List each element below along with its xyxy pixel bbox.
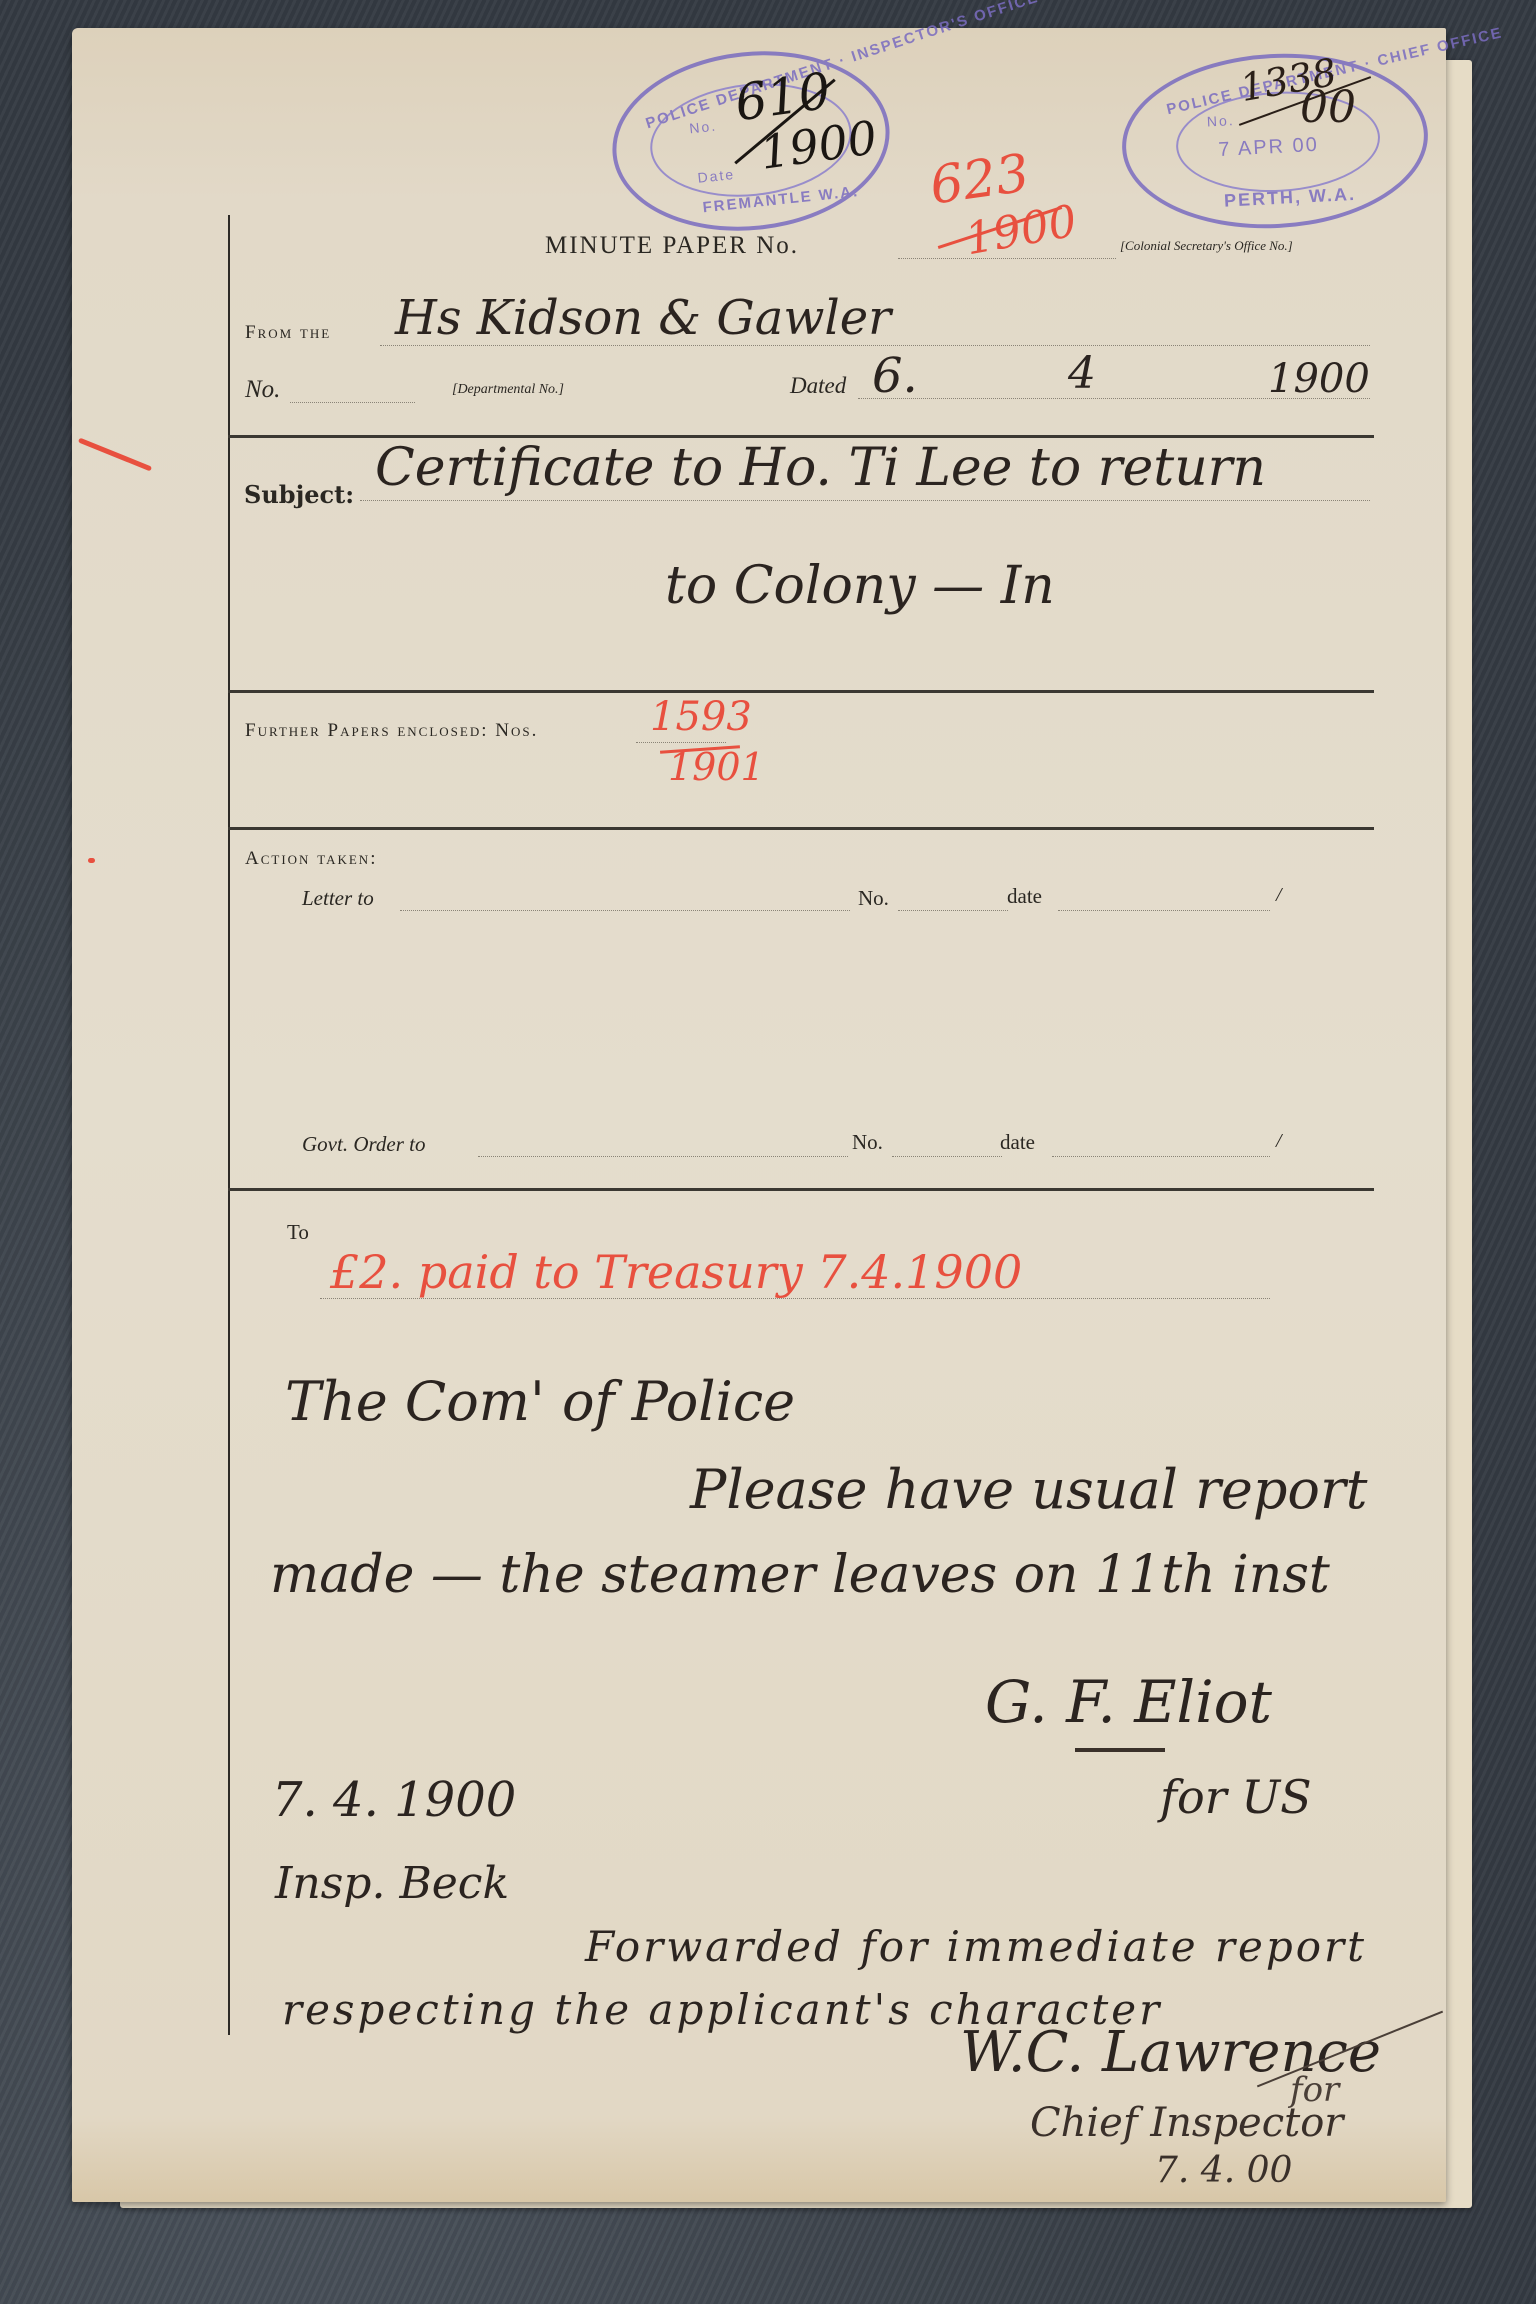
further-papers-line [636,742,726,743]
dated-label: Dated [790,373,846,399]
addressee-insp-beck: Insp. Beck [275,1858,509,1909]
margin-red-dot [88,858,95,863]
stamp-no-label: No. [689,118,718,137]
dated-year: 1900 [1268,356,1370,402]
govt-order-label: Govt. Order to [302,1132,425,1157]
subject-line-2: to Colony — In [665,556,1055,616]
signature-eliot: G. F. Eliot [985,1668,1272,1736]
signature2-date: 7. 4. 00 [1155,2150,1292,2191]
from-value: Hs Kidson & Gawler [395,290,891,346]
letter-date-label: date [1007,884,1042,909]
minute-line-3: made — the steamer leaves on 11th inst [270,1545,1330,1605]
signature-for: for US [1160,1770,1312,1824]
treasury-red-note: £2. paid to Treasury 7.4.1900 [330,1245,1022,1299]
letter-no-line [898,910,1008,911]
govt-no-line [892,1156,1002,1157]
minute-line-2: Please have usual report [690,1458,1367,1521]
subject-line [360,500,1370,501]
govt-date-label: date [1000,1130,1035,1155]
signature-underline [1075,1748,1165,1752]
stamp-no-label: No. [1206,112,1235,129]
no-label: No. [245,376,280,404]
govt-date-line [1052,1156,1270,1157]
subject-label: Subject: [244,480,354,509]
further-papers-year: 1901 [668,745,765,789]
forward-line-1: Forwarded for immediate report [585,1922,1367,1971]
section-divider [228,827,1374,830]
dated-day: 6. [872,348,918,404]
govt-order-line [478,1156,848,1157]
letter-suffix: / [1276,884,1282,907]
section-divider [228,1188,1374,1191]
minute-date: 7. 4. 1900 [272,1772,516,1828]
colonial-secretary-label: [Colonial Secretary's Office No.] [1120,238,1293,254]
to-label: To [287,1220,309,1245]
no-line [290,402,415,403]
from-label: From the [245,322,331,344]
left-vertical-rule [228,215,230,2035]
signature2-title: Chief Inspector [1030,2100,1343,2146]
action-taken-label: Action taken: [245,848,377,870]
further-papers-number: 1593 [650,694,752,740]
minute-paper-title: MINUTE PAPER No. [545,232,799,260]
govt-no-label: No. [852,1130,883,1155]
section-divider [228,690,1374,693]
letter-to-label: Letter to [302,886,374,911]
letter-no-label: No. [858,886,889,911]
dated-month: 4 [1068,348,1096,399]
departmental-no-label: [Departmental No.] [452,382,564,398]
further-papers-label: Further Papers enclosed: Nos. [245,720,538,742]
letter-to-line [400,910,850,911]
minute-line-1: The Com' of Police [285,1370,795,1433]
perth-handwritten-year: 00 [1300,82,1356,133]
letter-date-line [1058,910,1270,911]
subject-line-1: Certificate to Ho. Ti Lee to return [375,438,1266,498]
govt-suffix: / [1276,1130,1282,1153]
